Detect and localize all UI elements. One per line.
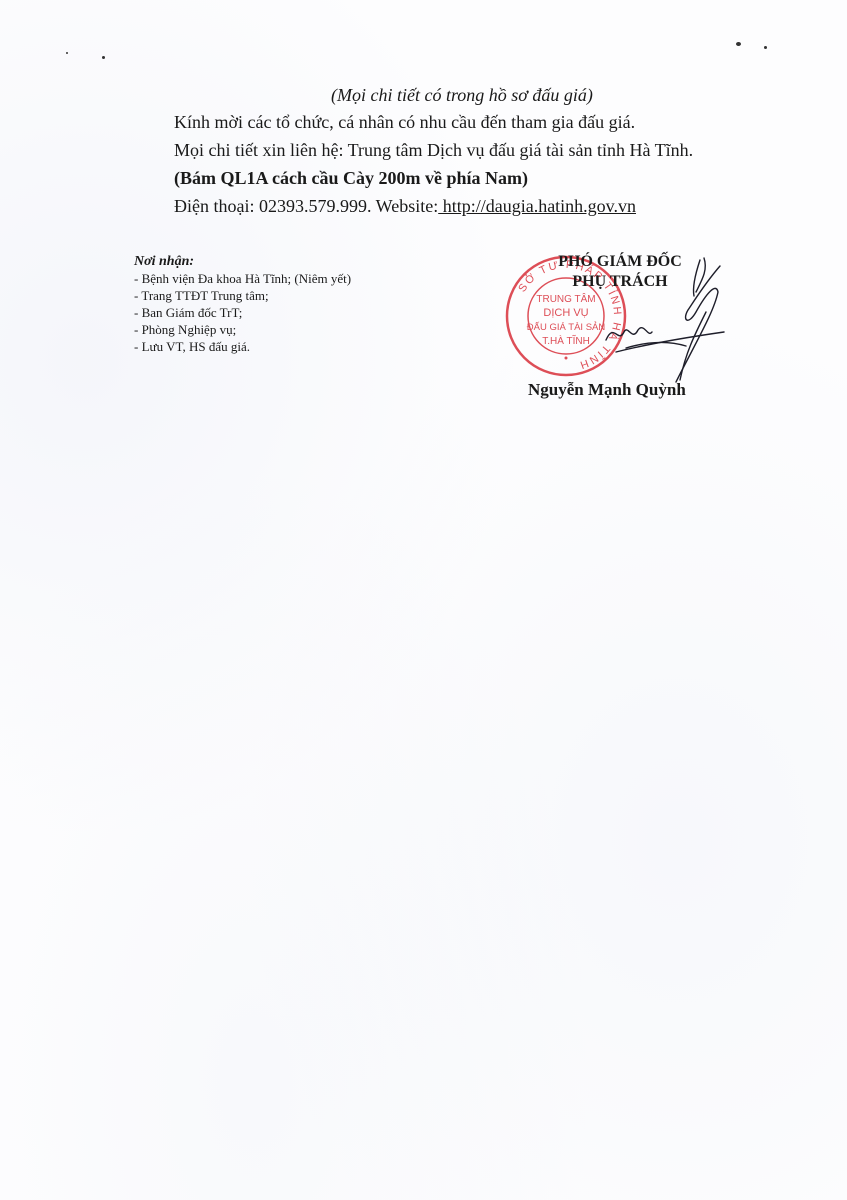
contact-text: Mọi chi tiết xin liên hệ: Trung tâm Dịch… — [174, 140, 693, 161]
recipient-item: - Trang TTĐT Trung tâm; — [134, 287, 351, 304]
stamp-line3: ĐẤU GIÁ TÀI SẢN — [527, 321, 606, 333]
recipient-item: - Lưu VT, HS đấu giá. — [134, 338, 351, 355]
scan-speck — [66, 52, 68, 54]
recipients-heading: Nơi nhận: — [134, 253, 351, 270]
stamp-line1: TRUNG TÂM — [536, 292, 595, 305]
recipient-item: - Phòng Nghiệp vụ; — [134, 321, 351, 338]
recipient-item: - Ban Giám đốc TrT; — [134, 304, 351, 321]
invitation-text: Kính mời các tổ chức, cá nhân có nhu cầu… — [174, 112, 635, 133]
recipient-item: - Bệnh viện Đa khoa Hà Tĩnh; (Niêm yết) — [134, 270, 351, 287]
website-link[interactable]: http://daugia.hatinh.gov.vn — [438, 196, 636, 216]
document-note: (Mọi chi tiết có trong hồ sơ đấu giá) — [331, 85, 593, 106]
stamp-line4: T.HÀ TĨNH — [542, 334, 590, 347]
stamp-line2: DỊCH VỤ — [543, 307, 588, 319]
handwritten-signature-icon — [596, 252, 726, 392]
phone-label: Điện thoại: 02393.579.999. Website: — [174, 196, 438, 216]
recipients-block: Nơi nhận: - Bệnh viện Đa khoa Hà Tĩnh; (… — [134, 253, 351, 355]
scan-speck — [764, 46, 767, 49]
scan-speck — [102, 56, 105, 59]
address-text: (Bám QL1A cách cầu Cày 200m về phía Nam) — [174, 168, 528, 189]
scan-speck — [736, 42, 741, 46]
phone-line: Điện thoại: 02393.579.999. Website: http… — [174, 196, 636, 217]
